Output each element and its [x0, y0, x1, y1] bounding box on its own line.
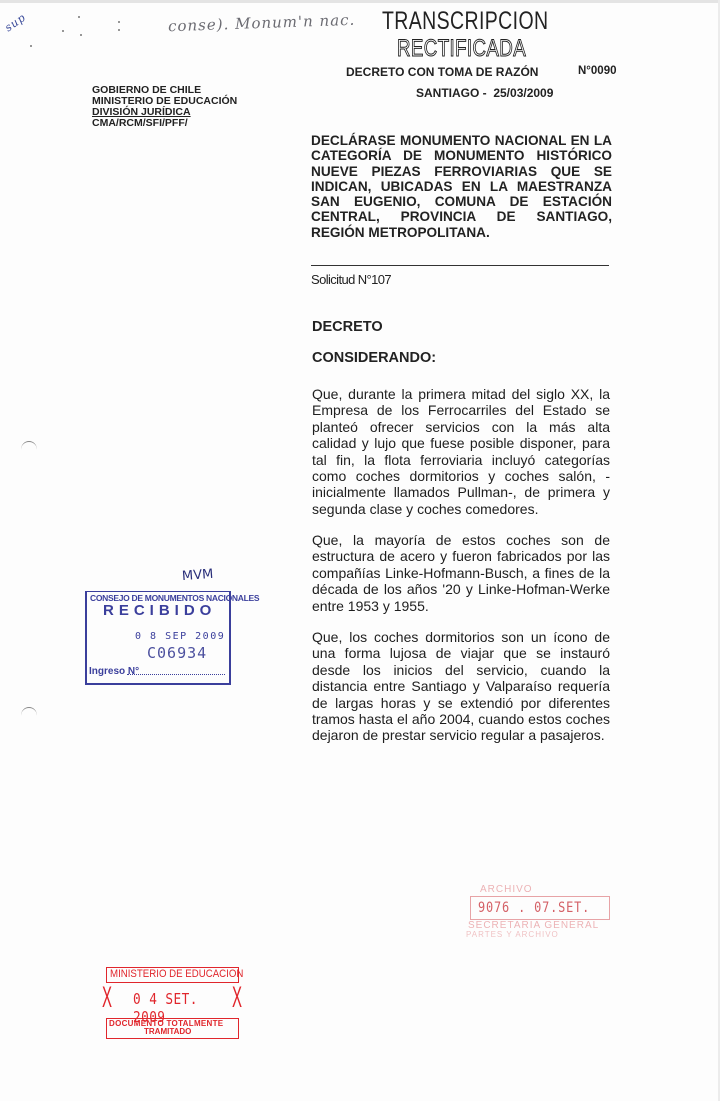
handwritten-corner-note: sup — [2, 11, 28, 35]
considerando-paragraph-2: Que, la mayoría de estos coches son de e… — [312, 532, 610, 614]
speck — [78, 16, 80, 18]
archive-stamp-line2: PARTES Y ARCHIVO — [466, 930, 559, 939]
archive-stamp: ARCHIVO 9076 . 07.SET. SECRETARIA GENERA… — [466, 882, 616, 952]
place-date: SANTIAGO - 25/03/2009 — [416, 86, 553, 100]
speck — [118, 21, 120, 23]
decree-title: DECLÁRASE MONUMENTO NACIONAL EN LA CATEG… — [311, 133, 612, 240]
page-top-edge — [0, 0, 720, 3]
decree-number: N°0090 — [578, 65, 617, 77]
paragraph-text: Que, durante la primera mitad del siglo … — [312, 386, 610, 517]
speck — [80, 34, 82, 36]
archive-stamp-number-date: 9076 . 07.SET. — [478, 900, 590, 916]
solicitud-number: Solicitud N°107 — [311, 272, 391, 287]
title-rule — [311, 265, 609, 266]
handwritten-initials: MVM — [182, 567, 214, 584]
received-stamp: CONSEJO DE MONUMENTOS NACIONALES RECIBID… — [85, 591, 231, 685]
stamp-border-top — [87, 591, 229, 592]
stamp-title-rectificada: RECTIFICADA — [397, 36, 526, 62]
heading-decreto: DECRETO — [312, 319, 383, 335]
punch-hole-mark — [21, 441, 37, 458]
ministry-stamp: MINISTERIO DE EDUCACION X 0 4 SET. 2009 … — [106, 967, 238, 1043]
received-stamp-ingreso-label: Ingreso N° — [89, 666, 139, 677]
issuer-reference: CMA/RCM/SFI/PFF/ — [92, 118, 237, 129]
archive-stamp-label: ARCHIVO — [480, 884, 533, 895]
received-stamp-label: RECIBIDO — [103, 602, 216, 619]
ministry-stamp-x-right: X — [232, 983, 242, 1013]
stamp-title-transcripcion: TRANSCRIPCION — [382, 8, 549, 34]
speck — [118, 29, 120, 31]
decree-type: DECRETO CON TOMA DE RAZÓN — [346, 65, 538, 79]
ministry-stamp-x-left: X — [102, 983, 112, 1013]
ministry-stamp-org: MINISTERIO DE EDUCACION — [110, 968, 243, 980]
paragraph-text: Que, los coches dormitorios son un ícono… — [312, 629, 610, 744]
punch-hole-mark — [21, 707, 37, 724]
speck — [30, 45, 32, 47]
considerando-paragraph-1: Que, durante la primera mitad del siglo … — [312, 386, 610, 517]
received-stamp-number: C06934 — [147, 644, 207, 662]
considerando-paragraph-3: Que, los coches dormitorios son un ícono… — [312, 629, 610, 744]
ministry-stamp-status-line2: TRAMITADO — [144, 1027, 191, 1036]
issuer-block: GOBIERNO DE CHILE MINISTERIO DE EDUCACIÓ… — [92, 85, 237, 129]
paragraph-text: Que, la mayoría de estos coches son de e… — [312, 532, 610, 614]
speck — [62, 30, 64, 32]
heading-considerando: CONSIDERANDO: — [312, 350, 436, 366]
ingreso-dotted-line — [127, 674, 225, 675]
received-stamp-date: 0 8 SEP 2009 — [135, 631, 225, 642]
handwritten-note: conse). Monum'n nac. — [168, 11, 356, 36]
